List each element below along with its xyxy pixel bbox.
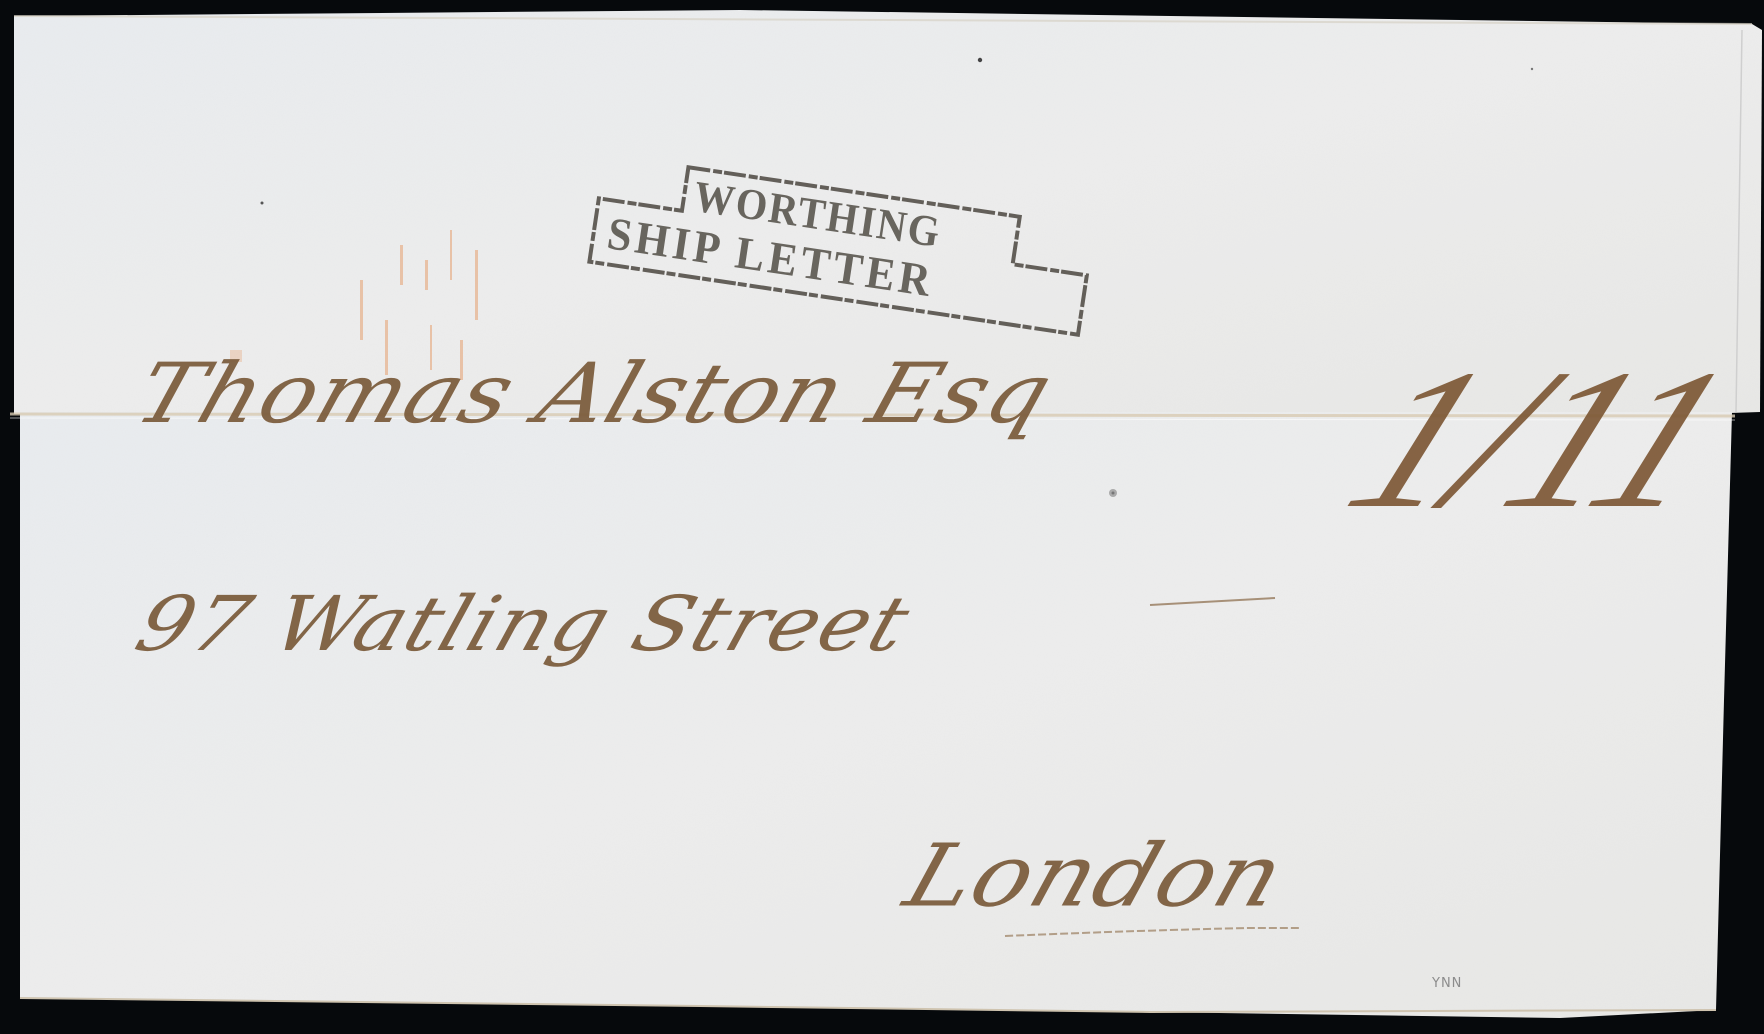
letter-scene: WORTHING SHIP LETTER Thomas Alston Esq 9… xyxy=(0,0,1764,1034)
pencil-annotation: YNN xyxy=(1432,976,1462,991)
